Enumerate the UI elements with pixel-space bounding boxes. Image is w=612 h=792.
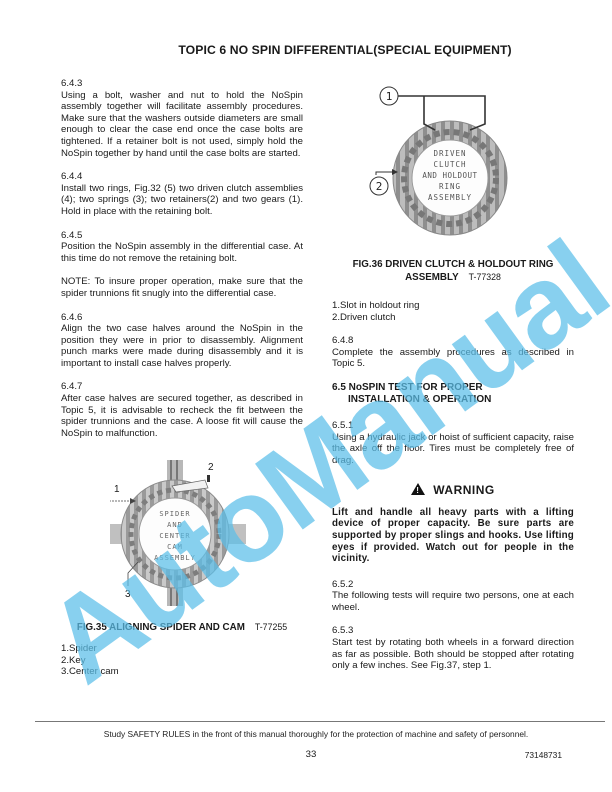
section-number: 6.4.6 [61, 312, 303, 324]
warning-text: Lift and handle all heavy parts with a l… [332, 507, 574, 565]
page-number: 33 [0, 749, 612, 760]
figure-35-illustration: SPIDER AND CENTER CAM ASSEMBLY [110, 458, 250, 608]
section-number: 6.4.8 [332, 335, 574, 347]
section-number: 6.4.5 [61, 230, 303, 242]
heading-line1: 6.5 NoSPIN TEST FOR PROPER [332, 382, 483, 393]
heading-line2: INSTALLATION & OPERATION [332, 394, 574, 406]
section-6-4-8: 6.4.8 Complete the assembly procedures a… [332, 335, 574, 370]
section-number: 6.5.2 [332, 579, 574, 591]
section-6-4-7: 6.4.7 After case halves are secured toge… [61, 381, 303, 439]
section-heading-6-5: 6.5 NoSPIN TEST FOR PROPER INSTALLATION … [332, 382, 574, 406]
footer-divider [35, 721, 605, 722]
section-text: Start test by rotating both wheels in a … [332, 637, 574, 672]
section-text: The following tests will require two per… [332, 590, 574, 613]
fig35-center-line: ASSEMBLY [154, 554, 196, 562]
legend-item: 1.Slot in holdout ring [332, 300, 574, 312]
section-number: 6.4.3 [61, 78, 303, 90]
section-number: 6.5.3 [332, 625, 574, 637]
legend-item: 1.Spider [61, 643, 119, 655]
figure-36-code: T-77328 [469, 272, 501, 282]
figure-36-caption-line2: ASSEMBLY [405, 272, 459, 283]
warning-triangle-icon [411, 483, 425, 495]
legend-item: 2.Driven clutch [332, 312, 574, 324]
section-6-4-3: 6.4.3 Using a bolt, washer and nut to ho… [61, 78, 303, 159]
document-number: 73148731 [525, 750, 562, 760]
figure-36-illustration: 1 2 DRIVEN CLUTCH AND HOLDOUT RING ASSEM… [360, 80, 540, 240]
fig35-callout-2: 2 [208, 462, 214, 473]
fig35-center-line: CAM [167, 543, 183, 551]
section-6-5-1: 6.5.1 Using a hydraulic jack or hoist of… [332, 420, 574, 466]
footer-safety-text: Study SAFETY RULES in the front of this … [0, 729, 612, 739]
figure-36-caption-line1: FIG.36 DRIVEN CLUTCH & HOLDOUT RING [332, 259, 574, 271]
legend-item: 3.Center cam [61, 666, 119, 678]
figure-35-code: T-77255 [255, 622, 287, 632]
section-number: 6.5.1 [332, 420, 574, 432]
warning-title: WARNING [433, 483, 495, 497]
section-6-4-6: 6.4.6 Align the two case halves around t… [61, 312, 303, 370]
fig36-center-line: AND HOLDOUT [422, 171, 477, 180]
legend-item: 2.Key [61, 655, 119, 667]
figure-36-caption: FIG.36 DRIVEN CLUTCH & HOLDOUT RING ASSE… [332, 259, 574, 284]
left-column: 6.4.3 Using a bolt, washer and nut to ho… [61, 78, 303, 451]
section-text: Align the two case halves around the NoS… [61, 323, 303, 369]
figure-35-caption-text: FIG.35 ALIGNING SPIDER AND CAM [77, 622, 245, 633]
fig35-callout-3: 3 [125, 589, 131, 600]
fig35-center-line: CENTER [159, 532, 190, 540]
fig35-center-line: SPIDER [159, 510, 190, 518]
note: NOTE: To insure proper operation, make s… [61, 276, 303, 299]
fig35-center-line: AND [167, 521, 183, 529]
section-text: Complete the assembly procedures as desc… [332, 347, 574, 370]
figure-35-legend: 1.Spider 2.Key 3.Center cam [61, 643, 119, 678]
right-column: 1.Slot in holdout ring 2.Driven clutch 6… [332, 300, 574, 684]
fig36-center-line: DRIVEN [433, 149, 466, 158]
fig35-callout-1: 1 [114, 484, 120, 495]
fig36-center-line: CLUTCH [433, 160, 466, 169]
section-text: Using a bolt, washer and nut to hold the… [61, 90, 303, 160]
fig36-center-line: ASSEMBLY [428, 193, 472, 202]
fig36-callout-2: 2 [376, 180, 383, 193]
section-number: 6.4.7 [61, 381, 303, 393]
section-text: Install two rings, Fig.32 (5) two driven… [61, 183, 303, 218]
fig36-center-line: RING [439, 182, 461, 191]
fig36-callout-1: 1 [386, 90, 393, 103]
section-number: 6.4.4 [61, 171, 303, 183]
section-text: After case halves are secured together, … [61, 393, 303, 439]
section-text: Position the NoSpin assembly in the diff… [61, 241, 303, 264]
figure-36-legend: 1.Slot in holdout ring 2.Driven clutch [332, 300, 574, 323]
figure-35-caption: FIG.35 ALIGNING SPIDER AND CAMT-77255 [61, 622, 303, 633]
section-6-5-2: 6.5.2 The following tests will require t… [332, 579, 574, 614]
section-6-5-3: 6.5.3 Start test by rotating both wheels… [332, 625, 574, 671]
section-6-4-5: 6.4.5 Position the NoSpin assembly in th… [61, 230, 303, 265]
section-text: Using a hydraulic jack or hoist of suffi… [332, 432, 574, 467]
section-6-4-4: 6.4.4 Install two rings, Fig.32 (5) two … [61, 171, 303, 217]
warning-heading: WARNING [332, 482, 574, 497]
page-title: TOPIC 6 NO SPIN DIFFERENTIAL(SPECIAL EQU… [0, 43, 612, 57]
